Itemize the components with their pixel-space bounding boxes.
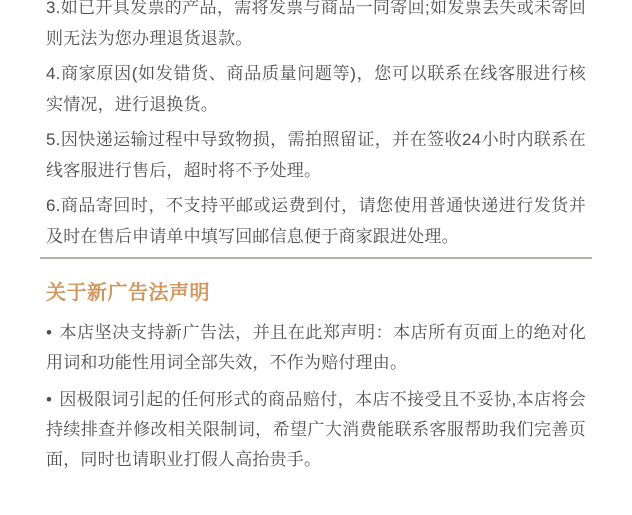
ad-law-section-title: 关于新广告法声明 xyxy=(46,282,586,304)
ad-law-section: 关于新广告法声明 •本店坚决支持新广告法，并且在此郑声明：本店所有页面上的绝对化… xyxy=(46,282,586,475)
ad-law-bullet-1: •本店坚决支持新广告法，并且在此郑声明：本店所有页面上的绝对化用词和功能性用词全… xyxy=(46,318,586,378)
policy-item-4: 4.商家原因(如发错货、商品质量问题等)，您可以联系在线客服进行核实情况，进行退… xyxy=(46,58,586,120)
ad-law-bullet-2-text: 因极限词引起的任何形式的商品赔付，本店不接受且不妥协,本店将会持续排查并修改相关… xyxy=(46,390,586,469)
product-description-page: 3.如已开具发票的产品，需将发票与商品一同寄回;如发票丢失或未寄回则无法为您办理… xyxy=(0,0,632,515)
policy-item-3: 3.如已开具发票的产品，需将发票与商品一同寄回;如发票丢失或未寄回则无法为您办理… xyxy=(46,0,586,54)
policy-item-6: 6.商品寄回时，不支持平邮或运费到付，请您使用普通快递进行发货并及时在售后申请单… xyxy=(46,190,586,252)
ad-law-bullet-1-text: 本店坚决支持新广告法，并且在此郑声明：本店所有页面上的绝对化用词和功能性用词全部… xyxy=(46,323,586,372)
ad-law-bullet-2: •因极限词引起的任何形式的商品赔付，本店不接受且不妥协,本店将会持续排查并修改相… xyxy=(46,385,586,475)
bullet-dot-icon: • xyxy=(46,390,52,409)
bullet-dot-icon: • xyxy=(46,323,52,342)
section-divider xyxy=(40,257,592,259)
return-policy-section: 3.如已开具发票的产品，需将发票与商品一同寄回;如发票丢失或未寄回则无法为您办理… xyxy=(46,0,586,252)
policy-item-5: 5.因快递运输过程中导致物损，需拍照留证，并在签收24小时内联系在线客服进行售后… xyxy=(46,124,586,186)
